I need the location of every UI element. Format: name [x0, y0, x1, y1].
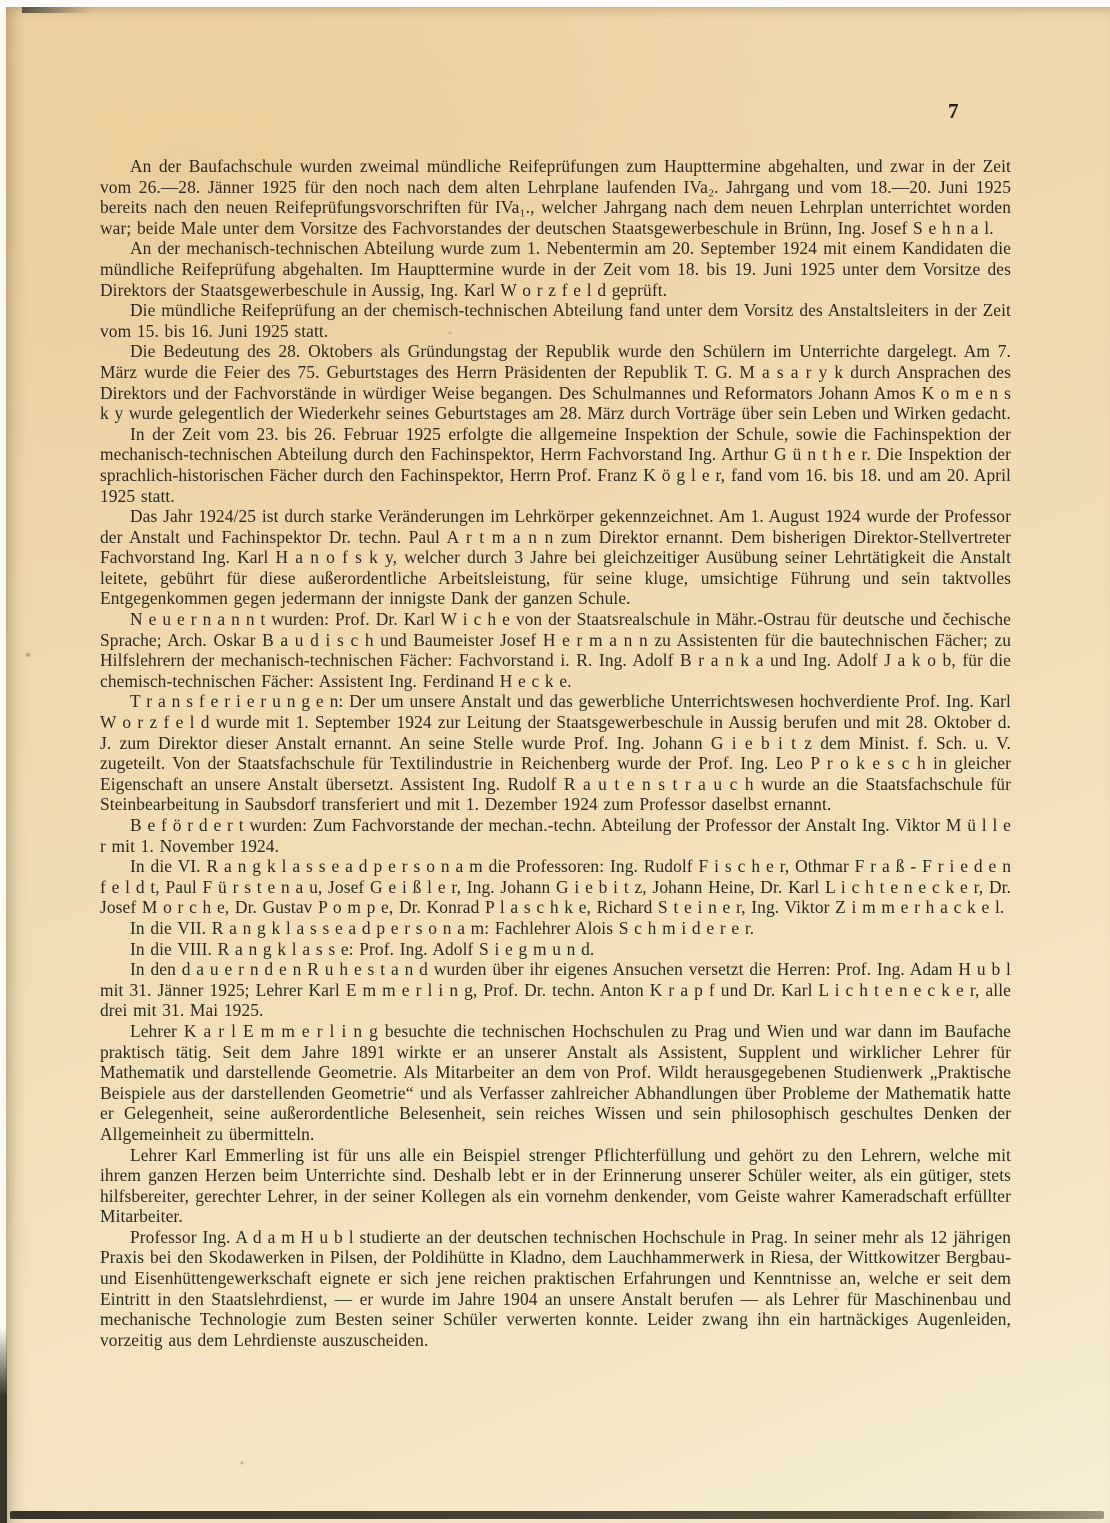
scan-edge-bottom — [10, 1511, 1104, 1519]
paragraph: Das Jahr 1924/25 ist durch starke Veränd… — [100, 506, 1011, 609]
scan-edge-left — [0, 1328, 7, 1523]
paragraph: T r a n s f e r i e r u n g e n: Der um … — [100, 691, 1011, 815]
paragraph: Die Bedeutung des 28. Oktobers als Gründ… — [100, 341, 1011, 423]
paragraph: Die mündliche Reifeprüfung an der chemis… — [100, 300, 1011, 341]
paragraph: An der Baufachschule wurden zweimal münd… — [100, 156, 1011, 238]
paragraph: In die VIII. R a n g k l a s s e: Prof. … — [100, 939, 1011, 960]
page-number: 7 — [948, 99, 959, 124]
paragraph: Lehrer K a r l E m m e r l i n g besucht… — [100, 1021, 1011, 1145]
paragraph: B e f ö r d e r t wurden: Zum Fachvorsta… — [100, 815, 1011, 856]
paragraph: In die VII. R a n g k l a s s e a d p e … — [100, 918, 1011, 939]
paragraph: Lehrer Karl Emmerling ist für uns alle e… — [100, 1145, 1011, 1227]
paragraph: In der Zeit vom 23. bis 26. Februar 1925… — [100, 424, 1011, 506]
paragraph: N e u e r n a n n t wurden: Prof. Dr. Ka… — [100, 609, 1011, 691]
scan-background: { "page": { "number": "7" }, "content": … — [0, 0, 1110, 1523]
paragraph: In den d a u e r n d e n R u h e s t a n… — [100, 959, 1011, 1021]
body-text: An der Baufachschule wurden zweimal münd… — [100, 156, 1011, 1350]
paragraph: In die VI. R a n g k l a s s e a d p e r… — [100, 856, 1011, 918]
paragraph: An der mechanisch-technischen Abteilung … — [100, 238, 1011, 300]
paragraph: Professor Ing. A d a m H u b l studierte… — [100, 1227, 1011, 1351]
scan-edge-artifact — [22, 7, 92, 13]
